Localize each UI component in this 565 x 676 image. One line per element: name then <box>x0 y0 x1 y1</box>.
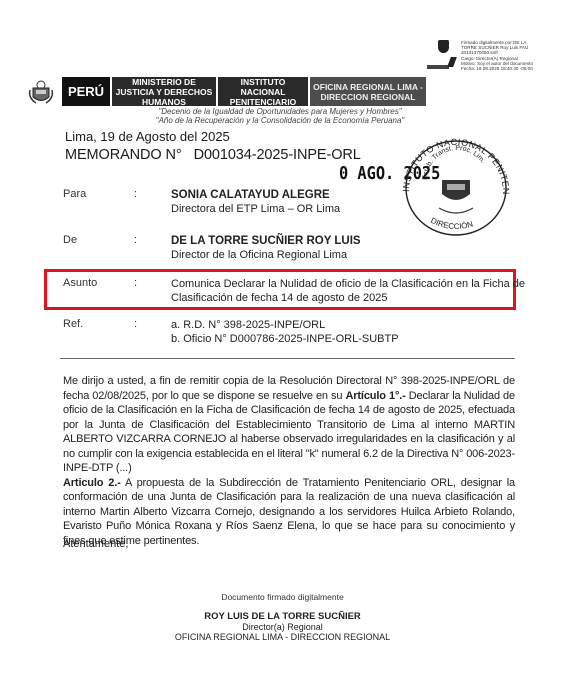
memo-number: D001034-2025-INPE-ORL <box>194 147 361 163</box>
article-1-label: Artículo 1°.- <box>345 390 405 402</box>
memo-title: MEMORANDO N°D001034-2025-INPE-ORL <box>65 147 361 163</box>
svg-text:DIRECCIÓN: DIRECCIÓN <box>429 216 474 231</box>
signer-name: ROY LUIS DE LA TORRE SUCÑIER <box>204 611 361 622</box>
reference-b: b. Oficio N° D000786-2025-INPE-ORL-SUBTP <box>171 333 399 345</box>
memo-body: Me dirijo a usted, a fin de remitir copi… <box>63 374 515 548</box>
field-value-ref: a. R.D. N° 398-2025-INPE/ORL b. Oficio N… <box>171 318 399 346</box>
field-label-asunto: Asunto <box>63 277 97 289</box>
recipient-name: SONIA CALATAYUD ALEGRE <box>171 189 330 201</box>
field-value-asunto: Comunica Declarar la Nulidad de oficio d… <box>171 277 525 305</box>
closing: Atentamente, <box>63 538 128 550</box>
signature-line: Fecha: 19.08.2025 18:40:40 -05:00 <box>461 66 565 71</box>
field-label-de: De <box>63 234 77 246</box>
divider <box>60 358 515 359</box>
header-institute-badge: INSTITUTO NACIONAL PENITENCIARIO <box>218 77 308 106</box>
field-label-ref: Ref. <box>63 318 83 330</box>
digital-signature-shield-icon <box>438 40 449 53</box>
body-paragraph-2: A propuesta de la Subdirección de Tratam… <box>63 477 515 547</box>
subject-line-2: Clasificación de fecha 14 de agosto de 2… <box>171 292 388 304</box>
sender-name: DE LA TORRE SUCÑIER ROY LUIS <box>171 235 361 247</box>
sender-role: Director de la Oficina Regional Lima <box>171 249 347 261</box>
peru-coat-of-arms-icon <box>28 80 54 106</box>
memo-label: MEMORANDO N° <box>65 147 182 163</box>
place-date: Lima, 19 de Agosto del 2025 <box>65 129 230 144</box>
field-colon: : <box>134 318 137 330</box>
slogan-year: "Año de la Recuperación y la Consolidaci… <box>120 116 440 125</box>
body-paragraph-1b: Declarar la Nulidad de oficio de la Clas… <box>63 390 515 475</box>
article-2-label: Articulo 2.- <box>63 477 121 489</box>
field-value-de: DE LA TORRE SUCÑIER ROY LUIS Director de… <box>171 234 361 262</box>
signer-office: OFICINA REGIONAL LIMA - DIRECCION REGION… <box>175 632 390 642</box>
header-ministry-badge: MINISTERIO DE JUSTICIA Y DERECHOS HUMANO… <box>112 77 216 106</box>
institutional-seal-icon: INSTITUTO NACIONAL PENITENCIARIO Estab. … <box>395 130 517 238</box>
subject-line-1: Comunica Declarar la Nulidad de oficio d… <box>171 278 525 290</box>
field-colon: : <box>134 277 137 289</box>
signer-block: ROY LUIS DE LA TORRE SUCÑIER Director(a)… <box>0 611 565 642</box>
signer-title: Director(a) Regional <box>242 622 323 632</box>
field-colon: : <box>134 234 137 246</box>
field-label-para: Para <box>63 188 86 200</box>
header-office-badge: OFICINA REGIONAL LIMA - DIRECCION REGION… <box>310 77 426 106</box>
field-colon: : <box>134 188 137 200</box>
seal-bottom-text: DIRECCIÓN <box>429 216 474 231</box>
digital-signature-info: Firmado digitalmente por DE LA TORRE SUC… <box>461 40 565 71</box>
digital-signature-logo-icon <box>427 57 455 69</box>
field-value-para: SONIA CALATAYUD ALEGRE Directora del ETP… <box>171 188 340 216</box>
reference-a: a. R.D. N° 398-2025-INPE/ORL <box>171 319 325 331</box>
slogan-decade: "Decenio de la Igualdad de Oportunidades… <box>120 107 440 116</box>
recipient-role: Directora del ETP Lima – OR Lima <box>171 203 340 215</box>
digitally-signed-note: Documento firmado digitalmente <box>0 592 565 602</box>
header-country-badge: PERÚ <box>62 77 110 106</box>
